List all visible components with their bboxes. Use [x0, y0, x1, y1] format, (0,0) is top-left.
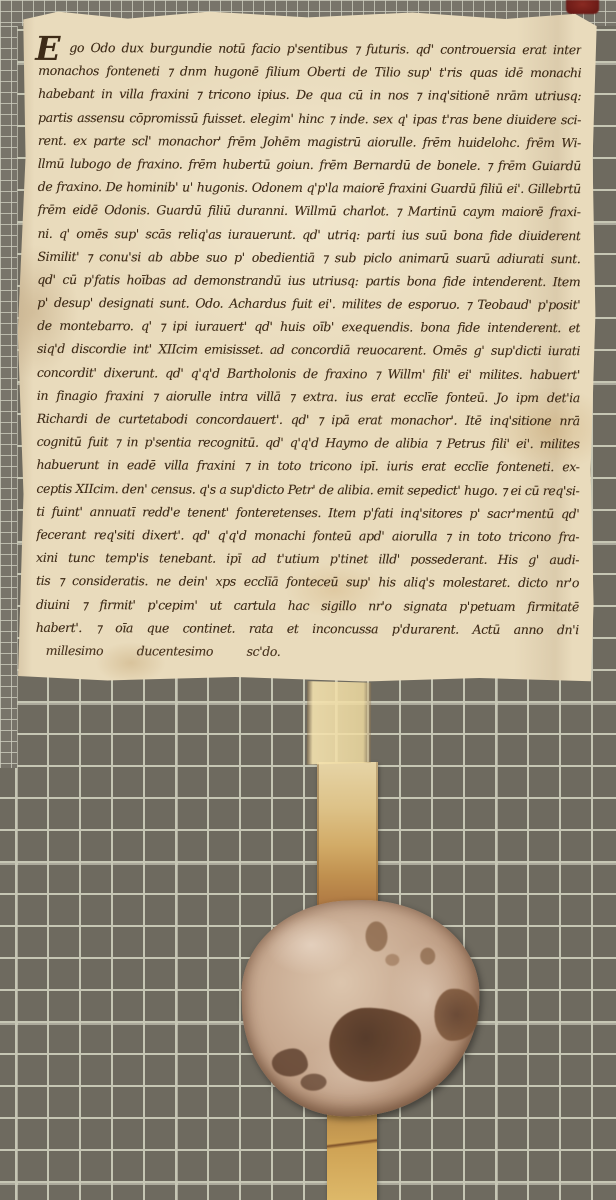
charter-text-line: habebant in villa fraxini ⁊ tricono ipiu…	[38, 82, 581, 108]
charter-text-line: Richardi de curtetabodi concordauert'. q…	[37, 407, 580, 433]
charter-text-block: E go Odo dux burgundie notū facio p'sent…	[36, 36, 582, 664]
charter-text-line: monachos fonteneti ⁊ dnm hugonē filium O…	[38, 59, 581, 85]
charter-text-line: xini tunc temp'is tenebant. ipī ad t'uti…	[36, 546, 579, 572]
charter-text-lines: go Odo dux burgundie notū facio p'sentib…	[36, 36, 582, 664]
charter-text-line: in finagio fraxini ⁊ aiorulle intra vill…	[37, 384, 580, 410]
charter-photo: E go Odo dux burgundie notū facio p'sent…	[0, 0, 616, 1200]
charter-text-line: cognitū fuit ⁊ in p'sentia recognitū. qd…	[37, 430, 580, 456]
charter-text-line: siq'd discordie int' XIIcim emisisset. a…	[37, 337, 580, 363]
seal-tag-lower	[327, 1106, 377, 1200]
charter-text-line: rent. ex parte scl' monachor' frēm Johēm…	[38, 129, 581, 155]
charter-text-line: go Odo dux burgundie notū facio p'sentib…	[38, 36, 581, 62]
charter-text-line: fecerant req'siti dixert'. qd' q'q'd mon…	[36, 523, 579, 549]
charter-text-line: concordit' dixerunt. qd' q'q'd Bartholon…	[37, 360, 580, 386]
seal-dark-patch	[433, 988, 479, 1042]
seal-dark-patch	[385, 954, 399, 966]
charter-text-line: habuerunt in eadē villa fraxini ⁊ in tot…	[36, 453, 579, 479]
charter-text-line: habert'. ⁊ oīa que continet. rata et inc…	[36, 616, 579, 642]
seal-dark-patch	[365, 921, 388, 952]
charter-text-line: frēm eidē Odonis. Guardū filiū duranni. …	[38, 198, 581, 224]
plica-fold	[7, 678, 588, 769]
charter-text-line: de fraxino. De hominib' u' hugonis. Odon…	[38, 175, 581, 201]
charter-parchment: E go Odo dux burgundie notū facio p'sent…	[15, 9, 599, 686]
seal-dark-patch	[420, 947, 436, 965]
initial-letter: E	[35, 29, 60, 68]
grid-fine-left-strip	[0, 26, 17, 768]
charter-text-line: de montebarro. q' ⁊ ipi iurauert' qd' hu…	[37, 314, 580, 340]
seal-tag-upper	[307, 680, 372, 767]
seal-tag	[317, 762, 378, 914]
charter-text-line: partis assensu cōpromissū fuisset. elegi…	[38, 105, 581, 131]
seal-dark-patch	[300, 1073, 327, 1091]
charter-text-line: ti fuint' annuatī redd'e tenent' fontere…	[36, 500, 579, 526]
charter-text-line: qd' cū p'fatis hoības ad demonstrandū iu…	[37, 268, 580, 294]
charter-text-line: Similit' ⁊ conu'si ab abbe suo p' obedie…	[37, 245, 580, 271]
seal-dark-patch	[271, 1048, 308, 1077]
charter-text-line: ceptis XIIcim. den' census. q's a sup'di…	[36, 476, 579, 502]
charter-text-line: diuini ⁊ firmit' p'cepim' ut cartula hac…	[36, 592, 579, 618]
charter-text-line: ni. q' omēs sup' scās reliq'as iurauerun…	[37, 221, 580, 247]
charter-text-line: millesimo ducentesimo sc'do.	[36, 639, 579, 665]
charter-text-line: p' desup' designati sunt. Odo. Achardus …	[37, 291, 580, 317]
charter-text-line: llmū lubogo de fraxino. frēm hubertū goi…	[38, 152, 581, 178]
red-label-marker	[566, 0, 599, 14]
seal-dark-patch	[328, 1006, 423, 1083]
charter-text-line: tis ⁊ consideratis. ne dein' xps ecclīā …	[36, 569, 579, 595]
